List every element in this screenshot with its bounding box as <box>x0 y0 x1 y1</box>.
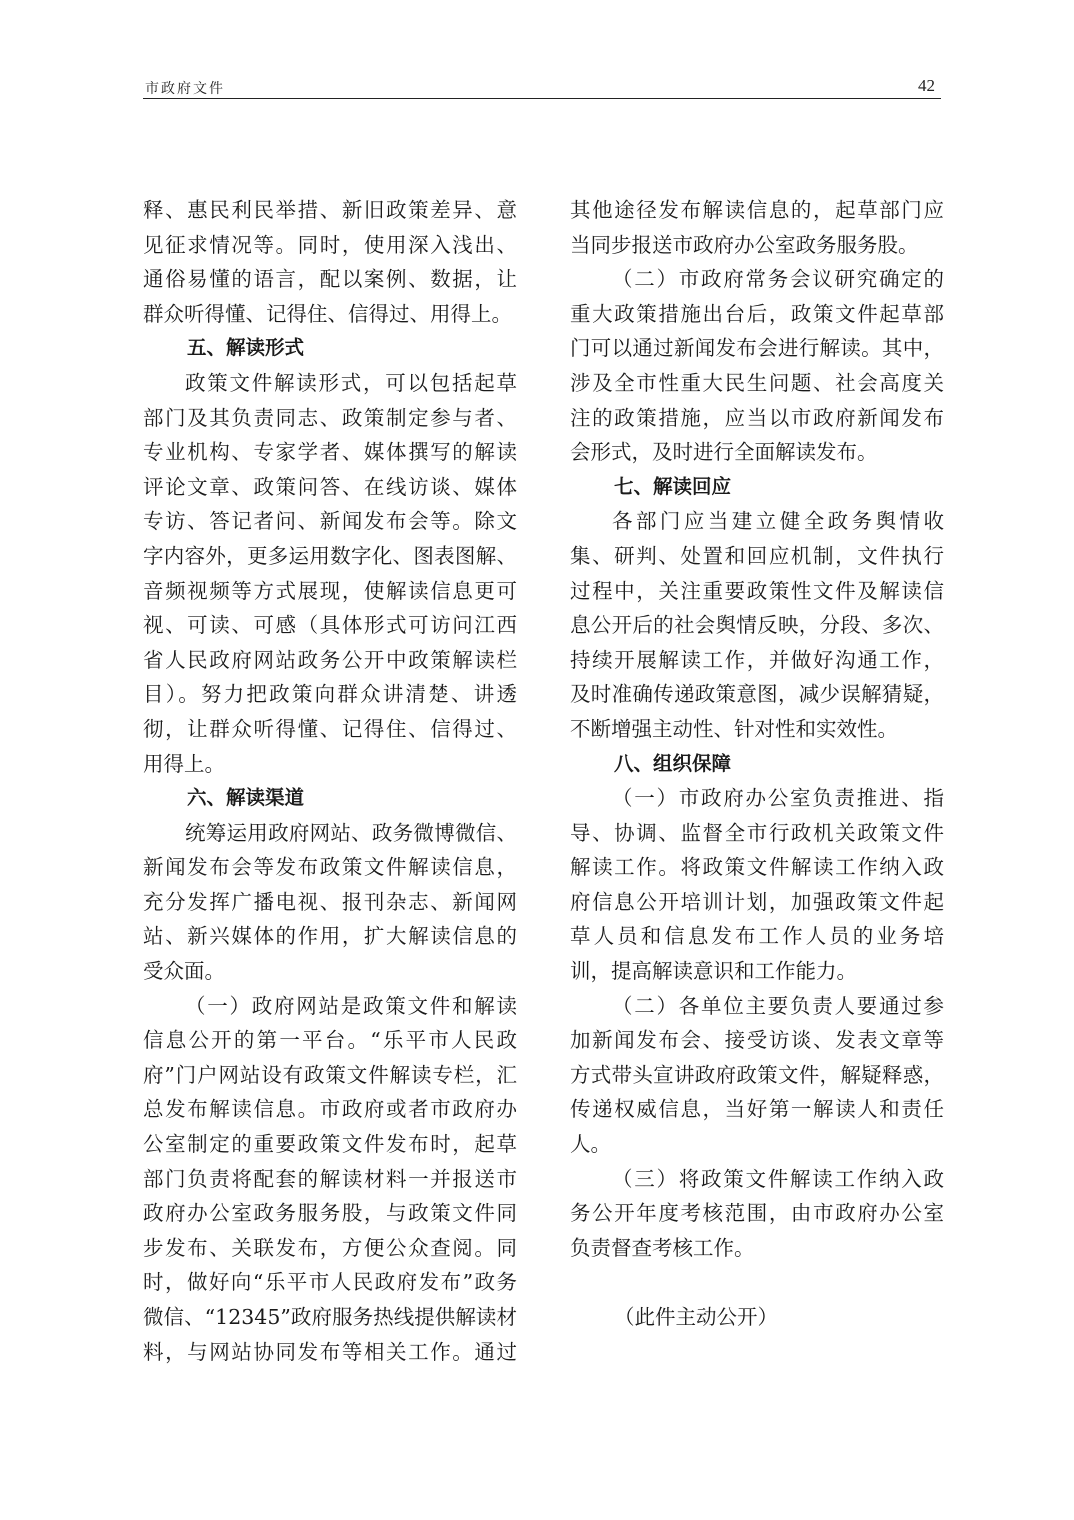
text-line: 站、新兴媒体的作用，扩大解读信息的 <box>143 919 517 954</box>
paragraph-end-line: 当同步报送市政府办公室政务服务股。 <box>570 228 944 263</box>
text-line: 门可以通过新闻发布会进行解读。其中， <box>570 331 944 366</box>
text-line: 总发布解读信息。市政府或者市政府办 <box>143 1092 517 1127</box>
text-line: 方式带头宣讲政府政策文件，解疑释惑， <box>570 1058 944 1093</box>
paragraph-start-line: 各部门应当建立健全政务舆情收 <box>570 504 944 539</box>
text-line: 部门负责将配套的解读材料一并报送市 <box>143 1162 517 1197</box>
paragraph-start-line: （二）市政府常务会议研究确定的 <box>570 262 944 297</box>
text-line: 目）。努力把政策向群众讲清楚、讲透 <box>143 677 517 712</box>
left-column: 释、惠民利民举措、新旧政策差异、意见征求情况等。同时，使用深入浅出、通俗易懂的语… <box>143 193 517 1369</box>
document-series-title: 市政府文件 <box>145 78 225 98</box>
paragraph-end-line: 负责督查考核工作。 <box>570 1231 944 1266</box>
text-line: 持续开展解读工作，并做好沟通工作， <box>570 643 944 678</box>
text-line: 过程中，关注重要政策性文件及解读信 <box>570 574 944 609</box>
text-line: 集、研判、处置和回应机制，文件执行 <box>570 539 944 574</box>
right-column: 其他途径发布解读信息的，起草部门应当同步报送市政府办公室政务服务股。（二）市政府… <box>570 193 944 1335</box>
text-line: 专业机构、专家学者、媒体撰写的解读 <box>143 435 517 470</box>
section-heading: 五、解读形式 <box>143 331 517 366</box>
paragraph-start-line: （三）将政策文件解读工作纳入政 <box>570 1162 944 1197</box>
text-line: 见征求情况等。同时，使用深入浅出、 <box>143 228 517 263</box>
text-line: 加新闻发布会、接受访谈、发表文章等 <box>570 1023 944 1058</box>
text-line: 政府办公室政务服务股，与政策文件同 <box>143 1196 517 1231</box>
text-line: 及时准确传递政策意图，减少误解猜疑， <box>570 677 944 712</box>
text-line: 公室制定的重要政策文件发布时，起草 <box>143 1127 517 1162</box>
paragraph-end-line: 用得上。 <box>143 747 517 782</box>
text-line: 信息公开的第一平台。“乐平市人民政 <box>143 1023 517 1058</box>
page-number: 42 <box>918 76 935 96</box>
text-line: 充分发挥广播电视、报刊杂志、新闻网 <box>143 885 517 920</box>
text-line: 料，与网站协同发布等相关工作。通过 <box>143 1335 517 1370</box>
paragraph-start-line: （一）市政府办公室负责推进、指 <box>570 781 944 816</box>
text-line: 解读工作。将政策文件解读工作纳入政 <box>570 850 944 885</box>
text-line: 务公开年度考核范围，由市政府办公室 <box>570 1196 944 1231</box>
paragraph-end-line: 群众听得懂、记得住、信得过、用得上。 <box>143 297 517 332</box>
section-heading: 六、解读渠道 <box>143 781 517 816</box>
text-line: 新闻发布会等发布政策文件解读信息， <box>143 850 517 885</box>
text-line: 注的政策措施，应当以市政府新闻发布 <box>570 401 944 436</box>
text-line: 导、协调、监督全市行政机关政策文件 <box>570 816 944 851</box>
section-heading: 八、组织保障 <box>570 747 944 782</box>
text-line: 步发布、关联发布，方便公众查阅。同 <box>143 1231 517 1266</box>
text-line: 息公开后的社会舆情反映，分段、多次、 <box>570 608 944 643</box>
paragraph-end-line: 人。 <box>570 1127 944 1162</box>
text-line: 字内容外，更多运用数字化、图表图解、 <box>143 539 517 574</box>
text-line: 府信息公开培训计划，加强政策文件起 <box>570 885 944 920</box>
paragraph-end-line: 受众面。 <box>143 954 517 989</box>
text-line: 微信、“12345”政府服务热线提供解读材 <box>143 1300 517 1335</box>
page-header: 市政府文件 42 <box>143 78 941 99</box>
text-line: 评论文章、政策问答、在线访谈、媒体 <box>143 470 517 505</box>
text-line: 涉及全市性重大民生问题、社会高度关 <box>570 366 944 401</box>
text-line: 府”门户网站设有政策文件解读专栏，汇 <box>143 1058 517 1093</box>
paragraph-start-line: 政策文件解读形式，可以包括起草 <box>143 366 517 401</box>
paragraph-start-line: （一）政府网站是政策文件和解读 <box>143 989 517 1024</box>
publication-note: （此件主动公开） <box>570 1300 944 1335</box>
text-line: 释、惠民利民举措、新旧政策差异、意 <box>143 193 517 228</box>
text-line: 通俗易懂的语言，配以案例、数据，让 <box>143 262 517 297</box>
text-line: 其他途径发布解读信息的，起草部门应 <box>570 193 944 228</box>
text-line: 专访、答记者问、新闻发布会等。除文 <box>143 504 517 539</box>
paragraph-start-line: 统筹运用政府网站、政务微博微信、 <box>143 816 517 851</box>
paragraph-start-line: （二）各单位主要负责人要通过参 <box>570 989 944 1024</box>
blank-line <box>570 1265 944 1300</box>
text-line: 彻，让群众听得懂、记得住、信得过、 <box>143 712 517 747</box>
text-line: 视、可读、可感（具体形式可访问江西 <box>143 608 517 643</box>
text-line: 部门及其负责同志、政策制定参与者、 <box>143 401 517 436</box>
text-line: 草人员和信息发布工作人员的业务培 <box>570 919 944 954</box>
paragraph-end-line: 训，提高解读意识和工作能力。 <box>570 954 944 989</box>
section-heading: 七、解读回应 <box>570 470 944 505</box>
paragraph-end-line: 会形式，及时进行全面解读发布。 <box>570 435 944 470</box>
text-line: 省人民政府网站政务公开中政策解读栏 <box>143 643 517 678</box>
paragraph-end-line: 不断增强主动性、针对性和实效性。 <box>570 712 944 747</box>
text-line: 重大政策措施出台后，政策文件起草部 <box>570 297 944 332</box>
text-line: 传递权威信息，当好第一解读人和责任 <box>570 1092 944 1127</box>
text-line: 音频视频等方式展现，使解读信息更可 <box>143 574 517 609</box>
text-line: 时，做好向“乐平市人民政府发布”政务 <box>143 1265 517 1300</box>
